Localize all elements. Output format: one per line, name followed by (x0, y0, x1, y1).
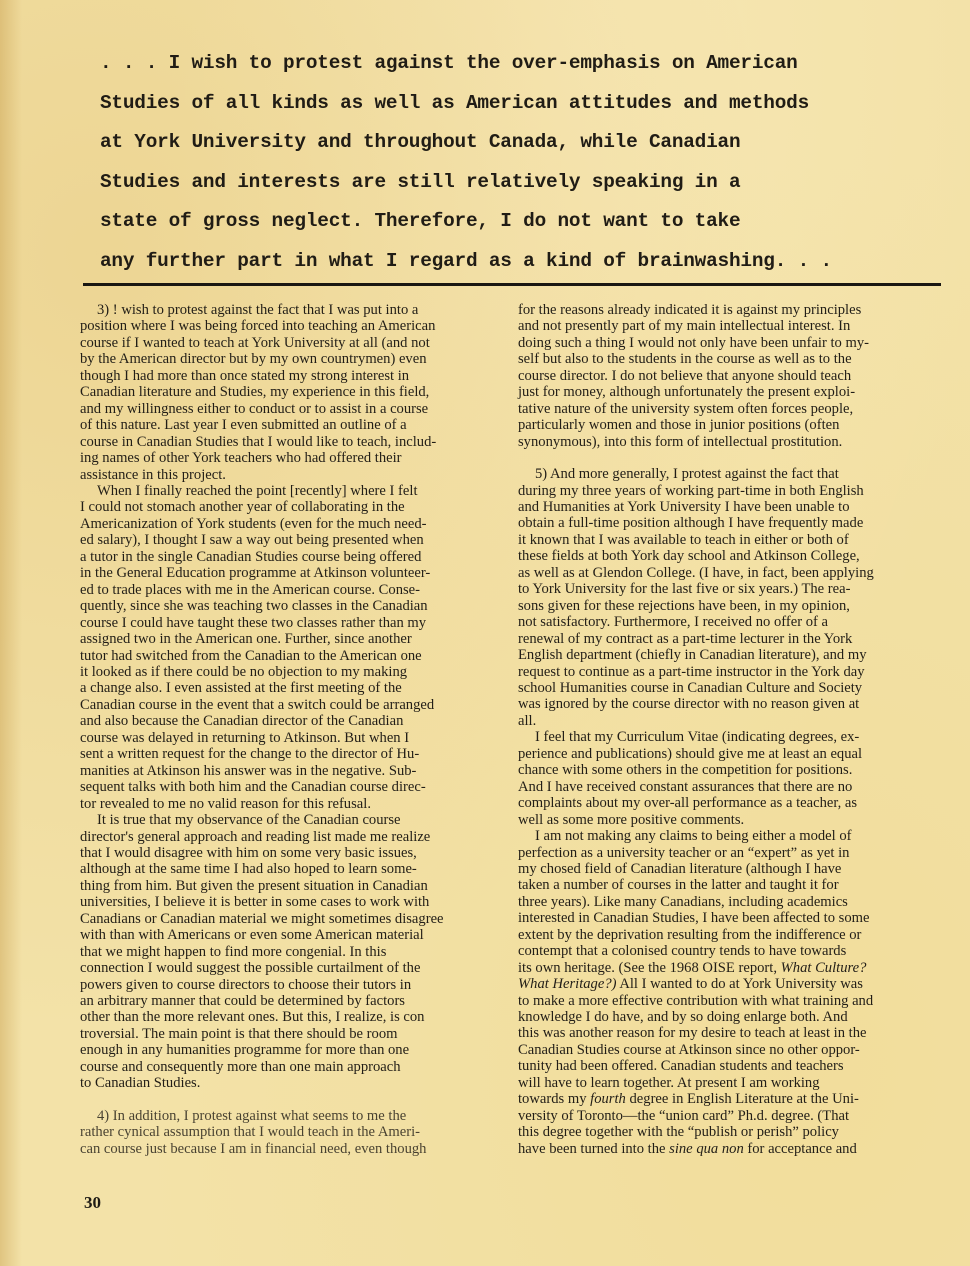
text-line: in the General Education programme at At… (80, 565, 495, 581)
text-line: will have to learn together. At present … (518, 1075, 943, 1091)
text-line: rather cynical assumption that I would t… (80, 1124, 495, 1140)
text-line: Canadian literature and Studies, my expe… (80, 384, 495, 400)
text-line: Canadian Studies course at Atkinson sinc… (518, 1042, 943, 1058)
text-line: tor revealed to me no valid reason for t… (80, 796, 495, 812)
text-line: doing such a thing I would not only have… (518, 335, 943, 351)
text-line: it looked as if there could be no object… (80, 664, 495, 680)
text-line: enough in any humanities programme for m… (80, 1042, 495, 1058)
text-line: though I had more than once stated my st… (80, 368, 495, 384)
text-line: course in Canadian Studies that I would … (80, 434, 495, 450)
text-line: all. (518, 713, 943, 729)
text-line: it known that I was available to teach i… (518, 532, 943, 548)
text-line: request to continue as a part-time instr… (518, 664, 943, 680)
text-line: of this nature. Last year I even submitt… (80, 417, 495, 433)
paragraph-5-expert-lines-2: to make a more effective contribution wi… (518, 993, 943, 1092)
text-line: manities at Atkinson his answer was in t… (80, 763, 495, 779)
text-line: although at the same time I had also hop… (80, 861, 495, 877)
text-span: have been turned into the (518, 1141, 669, 1157)
text-span: for acceptance and (744, 1141, 857, 1157)
text-line: as well as at Glendon College. (I have, … (518, 565, 943, 581)
text-line: sons given for these rejections have bee… (518, 598, 943, 614)
text-line: just for money, although unfortunately t… (518, 384, 943, 400)
text-line: I could not stomach another year of coll… (80, 499, 495, 515)
text-line: self but also to the students in the cou… (518, 351, 943, 367)
text-line: course I could have taught these two cla… (80, 615, 495, 631)
pull-quote-line: Studies and interests are still relative… (100, 163, 900, 203)
text-line: with than with Americans or even some Am… (80, 927, 495, 943)
text-span: towards my (518, 1091, 590, 1107)
text-line: When I finally reached the point [recent… (80, 483, 495, 499)
text-line: during my three years of working part-ti… (518, 483, 943, 499)
text-line: 5) And more generally, I protest against… (518, 466, 943, 482)
paragraph-4-continued: for the reasons already indicated it is … (518, 302, 943, 450)
text-line: renewal of my contract as a part-time le… (518, 631, 943, 647)
paragraph-5-expert: I am not making any claims to being eith… (518, 828, 943, 1157)
text-line-fourth: towards my fourth degree in English Lite… (518, 1091, 943, 1107)
text-line: to make a more effective contribution wi… (518, 993, 943, 1009)
report-title-italic: What Culture? (781, 960, 867, 976)
text-line: and Humanities at York University I have… (518, 499, 943, 515)
text-line: that we might happen to find more congen… (80, 944, 495, 960)
text-line: ing names of other York teachers who had… (80, 450, 495, 466)
paragraph-5-cv: I feel that my Curriculum Vitae (indicat… (518, 729, 943, 828)
text-line: complaints about my over-all performance… (518, 795, 943, 811)
text-line: knowledge I do have, and by so doing enl… (518, 1009, 943, 1025)
paragraph-gap (80, 1092, 495, 1108)
text-line: this degree together with the “publish o… (518, 1124, 943, 1140)
text-line: interested in Canadian Studies, I have b… (518, 910, 943, 926)
text-line: well as some more positive comments. (518, 812, 943, 828)
text-line-heritage-2: What Heritage?) All I wanted to do at Yo… (518, 976, 943, 992)
text-line: a change also. I even assisted at the fi… (80, 680, 495, 696)
right-column: for the reasons already indicated it is … (518, 302, 943, 1157)
text-line: Canadian course in the event that a swit… (80, 697, 495, 713)
text-line: these fields at both York day school and… (518, 548, 943, 564)
left-column: 3) ! wish to protest against the fact th… (80, 302, 495, 1157)
text-line: by the American director but by my own c… (80, 351, 495, 367)
text-line: for the reasons already indicated it is … (518, 302, 943, 318)
text-line: three years). Like many Canadians, inclu… (518, 894, 943, 910)
text-line: not satisfactory. Furthermore, I receive… (518, 614, 943, 630)
text-line: quently, since she was teaching two clas… (80, 598, 495, 614)
text-line: was ignored by the course director with … (518, 696, 943, 712)
page-number: 30 (84, 1193, 101, 1213)
text-line: 3) ! wish to protest against the fact th… (80, 302, 495, 318)
text-line: It is true that my observance of the Can… (80, 812, 495, 828)
text-line: my chosed field of Canadian literature (… (518, 861, 943, 877)
text-line: troversial. The main point is that there… (80, 1026, 495, 1042)
text-line: director's general approach and reading … (80, 829, 495, 845)
text-line: obtain a full-time position although I h… (518, 515, 943, 531)
text-line: can course just because I am in financia… (80, 1141, 495, 1157)
paragraph-5-expert-lines-3: versity of Toronto—the “union card” Ph.d… (518, 1108, 943, 1141)
text-line: I feel that my Curriculum Vitae (indicat… (518, 729, 943, 745)
report-title-italic: What Heritage?) (518, 976, 617, 992)
text-line: school Humanities course in Canadian Cul… (518, 680, 943, 696)
text-line: tative nature of the university system o… (518, 401, 943, 417)
text-line: course if I wanted to teach at York Univ… (80, 335, 495, 351)
paragraph-gap (518, 450, 943, 466)
text-span: its own heritage. (See the 1968 OISE rep… (518, 960, 781, 976)
text-line: synonymous), into this form of intellect… (518, 434, 943, 450)
pull-quote-line: any further part in what I regard as a k… (100, 242, 900, 282)
text-line: course and consequently more than one ma… (80, 1059, 495, 1075)
text-line: universities, I believe it is better in … (80, 894, 495, 910)
text-line: perfection as a university teacher or an… (518, 845, 943, 861)
text-line: taken a number of courses in the latter … (518, 877, 943, 893)
paragraph-4: 4) In addition, I protest against what s… (80, 1108, 495, 1157)
text-span: degree in English Literature at the Uni- (626, 1091, 859, 1107)
page-edge-shadow (0, 0, 22, 1266)
text-line: And I have received constant assurances … (518, 779, 943, 795)
text-line: particularly women and those in junior p… (518, 417, 943, 433)
pull-quote-line: Studies of all kinds as well as American… (100, 84, 900, 124)
text-line: Canadians or Canadian material we might … (80, 911, 495, 927)
text-line: a tutor in the single Canadian Studies c… (80, 549, 495, 565)
text-line: powers given to course directors to choo… (80, 977, 495, 993)
text-line: course was delayed in returning to Atkin… (80, 730, 495, 746)
text-line: and also because the Canadian director o… (80, 713, 495, 729)
paragraph-3: 3) ! wish to protest against the fact th… (80, 302, 495, 483)
text-line: ed to trade places with me in the Americ… (80, 582, 495, 598)
paragraph-3-continued: When I finally reached the point [recent… (80, 483, 495, 812)
latin-phrase-italic: sine qua non (669, 1141, 744, 1157)
text-line: assigned two in the American one. Furthe… (80, 631, 495, 647)
text-line: contempt that a colonised country tends … (518, 943, 943, 959)
text-line: perience and publications) should give m… (518, 746, 943, 762)
pull-quote-line: at York University and throughout Canada… (100, 123, 900, 163)
text-line: course director. I do not believe that a… (518, 368, 943, 384)
paragraph-3-conclusion: It is true that my observance of the Can… (80, 812, 495, 1092)
text-line: an arbitrary manner that could be determ… (80, 993, 495, 1009)
text-line: connection I would suggest the possible … (80, 960, 495, 976)
text-line: versity of Toronto—the “union card” Ph.d… (518, 1108, 943, 1124)
text-line-sine-qua-non: have been turned into the sine qua non f… (518, 1141, 943, 1157)
paragraph-5-expert-lines: I am not making any claims to being eith… (518, 828, 943, 960)
text-line: sequent talks with both him and the Cana… (80, 779, 495, 795)
text-line: tunity had been offered. Canadian studen… (518, 1058, 943, 1074)
text-span: All I wanted to do at York University wa… (617, 976, 863, 992)
text-line: to York University for the last five or … (518, 581, 943, 597)
pull-quote-line: state of gross neglect. Therefore, I do … (100, 202, 900, 242)
text-line: English department (chiefly in Canadian … (518, 647, 943, 663)
text-line: this was another reason for my desire to… (518, 1025, 943, 1041)
text-line: position where I was being forced into t… (80, 318, 495, 334)
text-line: and my willingness either to conduct or … (80, 401, 495, 417)
paragraph-5: 5) And more generally, I protest against… (518, 466, 943, 729)
text-line: I am not making any claims to being eith… (518, 828, 943, 844)
text-line: ed salary), I thought I saw a way out be… (80, 532, 495, 548)
text-line: other than the more relevant ones. But t… (80, 1009, 495, 1025)
text-line: chance with some others in the competiti… (518, 762, 943, 778)
text-line-heritage: its own heritage. (See the 1968 OISE rep… (518, 960, 943, 976)
text-line: sent a written request for the change to… (80, 746, 495, 762)
text-line: Americanization of York students (even f… (80, 516, 495, 532)
pull-quote: . . . I wish to protest against the over… (100, 44, 900, 281)
text-line: 4) In addition, I protest against what s… (80, 1108, 495, 1124)
text-line: tutor had switched from the Canadian to … (80, 648, 495, 664)
pull-quote-line: . . . I wish to protest against the over… (100, 44, 900, 84)
emphasis-italic: fourth (590, 1091, 626, 1107)
text-line: to Canadian Studies. (80, 1075, 495, 1091)
text-line: assistance in this project. (80, 467, 495, 483)
text-line: extent by the deprivation resulting from… (518, 927, 943, 943)
text-line: thing from him. But given the present si… (80, 878, 495, 894)
horizontal-rule (83, 283, 941, 286)
text-line: and not presently part of my main intell… (518, 318, 943, 334)
text-line: that I would disagree with him on some v… (80, 845, 495, 861)
